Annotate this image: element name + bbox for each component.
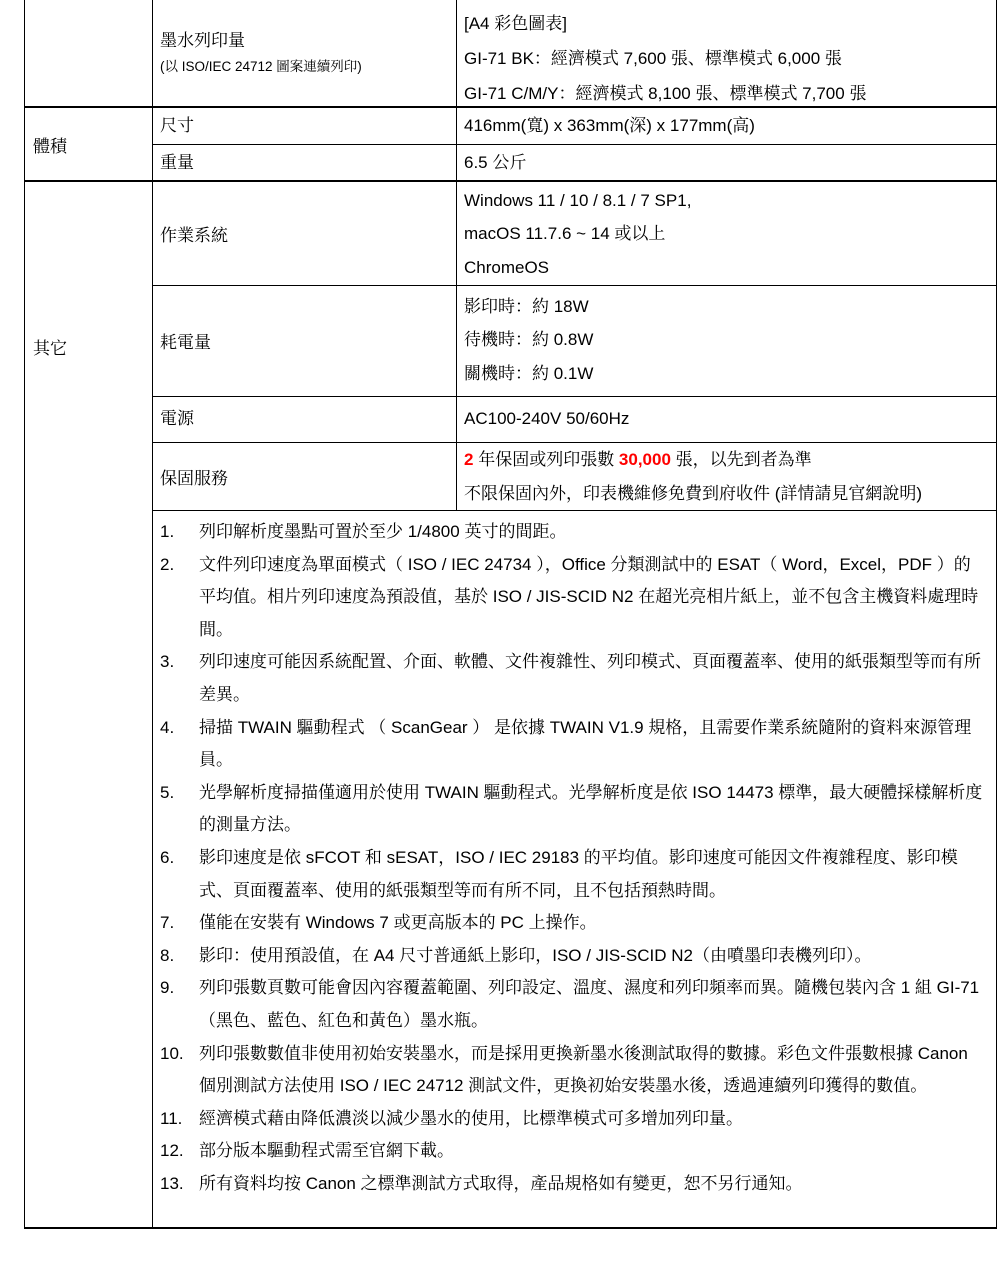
footnote-item: 1.列印解析度墨點可置於至少 1/4800 英寸的間距。 (153, 516, 996, 549)
row-label-warranty: 保固服務 (160, 442, 448, 510)
power-supply-value: AC100-240V 50/60Hz (464, 396, 992, 442)
weight-value: 6.5 公斤 (464, 145, 992, 180)
footnote-item: 2.文件列印速度為單面模式（ ISO / IEC 24734 ），Office … (153, 549, 996, 647)
footnote-number: 13. (153, 1168, 199, 1201)
ink-yield-label: 墨水列印量 (160, 27, 448, 55)
row-label-power-supply: 電源 (160, 396, 448, 442)
footnote-text: 列印速度可能因系統配置、介面、軟體、文件複雜性、列印模式、頁面覆蓋率、使用的紙張… (199, 646, 996, 711)
footnote-item: 8.影印：使用預設值，在 A4 尺寸普通紙上影印，ISO / JIS-SCID … (153, 940, 996, 973)
footnote-item: 3.列印速度可能因系統配置、介面、軟體、文件複雜性、列印模式、頁面覆蓋率、使用的… (153, 646, 996, 711)
footnote-item: 7.僅能在安裝有 Windows 7 或更高版本的 PC 上操作。 (153, 907, 996, 940)
footnote-item: 13.所有資料均按 Canon 之標準測試方式取得，產品規格如有變更，恕不另行通… (153, 1168, 996, 1201)
warranty-line-1-text-b: 張，以先到者為準 (671, 450, 812, 469)
footnote-number: 11. (153, 1103, 199, 1136)
footnotes-section: 1.列印解析度墨點可置於至少 1/4800 英寸的間距。 2.文件列印速度為單面… (153, 511, 996, 1230)
row-label-dimensions: 尺寸 (160, 107, 448, 144)
table-border-col3 (456, 0, 457, 511)
footnote-number: 8. (153, 940, 199, 973)
footnote-text: 列印解析度墨點可置於至少 1/4800 英寸的間距。 (199, 516, 996, 549)
footnote-item: 12.部分版本驅動程式需至官網下載。 (153, 1135, 996, 1168)
footnote-item: 6.影印速度是依 sFCOT 和 sESAT，ISO / IEC 29183 的… (153, 842, 996, 907)
footnote-text: 掃描 TWAIN 驅動程式 （ ScanGear ） 是依據 TWAIN V1.… (199, 712, 996, 777)
footnote-item: 10.列印張數數值非使用初始安裝墨水，而是採用更換新墨水後測試取得的數據。彩色文… (153, 1038, 996, 1103)
ink-yield-values: [A4 彩色圖表] GI-71 BK：經濟模式 7,600 張、標準模式 6,0… (464, 6, 992, 111)
power-line-standby: 待機時：約 0.8W (464, 323, 992, 356)
footnote-number: 5. (153, 777, 199, 842)
warranty-line-2: 不限保固內外，印表機維修免費到府收件 (詳情請見官網說明) (464, 477, 992, 511)
category-other: 其它 (25, 182, 159, 510)
row-label-os: 作業系統 (160, 182, 448, 285)
ink-yield-line-1: [A4 彩色圖表] (464, 6, 992, 41)
category-volume: 體積 (25, 108, 159, 180)
footnote-text: 列印張數頁數可能會因內容覆蓋範圍、列印設定、溫度、濕度和列印頻率而異。隨機包裝內… (199, 972, 996, 1037)
footnote-number: 6. (153, 842, 199, 907)
warranty-line-1-text-a: 年保固或列印張數 (473, 450, 618, 469)
os-line-2: macOS 11.7.6 ~ 14 或以上 (464, 217, 992, 250)
ink-yield-line-3: GI-71 C/M/Y：經濟模式 8,100 張、標準模式 7,700 張 (464, 76, 992, 111)
footnotes-list: 1.列印解析度墨點可置於至少 1/4800 英寸的間距。 2.文件列印速度為單面… (153, 516, 996, 1200)
footnote-item: 4.掃描 TWAIN 驅動程式 （ ScanGear ） 是依據 TWAIN V… (153, 712, 996, 777)
footnote-item: 11.經濟模式藉由降低濃淡以減少墨水的使用，比標準模式可多增加列印量。 (153, 1103, 996, 1136)
footnote-text: 影印速度是依 sFCOT 和 sESAT，ISO / IEC 29183 的平均… (199, 842, 996, 907)
power-line-copy: 影印時：約 18W (464, 290, 992, 323)
footnote-text: 影印：使用預設值，在 A4 尺寸普通紙上影印，ISO / JIS-SCID N2… (199, 940, 996, 973)
footnote-number: 9. (153, 972, 199, 1037)
footnote-text: 文件列印速度為單面模式（ ISO / IEC 24734 ），Office 分類… (199, 549, 996, 647)
ink-yield-line-2: GI-71 BK：經濟模式 7,600 張、標準模式 6,000 張 (464, 41, 992, 76)
footnote-number: 12. (153, 1135, 199, 1168)
footnote-number: 1. (153, 516, 199, 549)
dimensions-value: 416mm(寬) x 363mm(深) x 177mm(高) (464, 107, 992, 144)
footnote-item: 5.光學解析度掃描僅適用於使用 TWAIN 驅動程式。光學解析度是依 ISO 1… (153, 777, 996, 842)
footnote-number: 4. (153, 712, 199, 777)
os-values: Windows 11 / 10 / 8.1 / 7 SP1, macOS 11.… (464, 184, 992, 284)
power-consumption-values: 影印時：約 18W 待機時：約 0.8W 關機時：約 0.1W (464, 290, 992, 390)
row-label-power-consumption: 耗電量 (160, 285, 448, 396)
warranty-pages-highlight: 30,000 (619, 450, 671, 469)
footnote-text: 列印張數數值非使用初始安裝墨水，而是採用更換新墨水後測試取得的數據。彩色文件張數… (199, 1038, 996, 1103)
warranty-line-1: 2 年保固或列印張數 30,000 張，以先到者為準 (464, 443, 992, 477)
spec-sheet-page: 墨水列印量 (以 ISO/IEC 24712 圖案連續列印) [A4 彩色圖表]… (0, 0, 1000, 1264)
power-line-off: 關機時：約 0.1W (464, 357, 992, 390)
warranty-values: 2 年保固或列印張數 30,000 張，以先到者為準 不限保固內外，印表機維修免… (464, 443, 992, 511)
row-label-ink-yield: 墨水列印量 (以 ISO/IEC 24712 圖案連續列印) (160, 27, 448, 79)
footnote-number: 7. (153, 907, 199, 940)
footnote-item: 9.列印張數頁數可能會因內容覆蓋範圍、列印設定、溫度、濕度和列印頻率而異。隨機包… (153, 972, 996, 1037)
footnote-text: 僅能在安裝有 Windows 7 或更高版本的 PC 上操作。 (199, 907, 996, 940)
row-label-weight: 重量 (160, 145, 448, 180)
footnote-text: 經濟模式藉由降低濃淡以減少墨水的使用，比標準模式可多增加列印量。 (199, 1103, 996, 1136)
footnote-text: 所有資料均按 Canon 之標準測試方式取得，產品規格如有變更，恕不另行通知。 (199, 1168, 996, 1201)
footnote-number: 2. (153, 549, 199, 647)
ink-yield-sublabel: (以 ISO/IEC 24712 圖案連續列印) (160, 55, 448, 79)
footnote-text: 光學解析度掃描僅適用於使用 TWAIN 驅動程式。光學解析度是依 ISO 144… (199, 777, 996, 842)
footnote-text: 部分版本驅動程式需至官網下載。 (199, 1135, 996, 1168)
footnote-number: 3. (153, 646, 199, 711)
os-line-1: Windows 11 / 10 / 8.1 / 7 SP1, (464, 184, 992, 217)
table-border-right (996, 0, 997, 1229)
os-line-3: ChromeOS (464, 251, 992, 284)
footnote-number: 10. (153, 1038, 199, 1103)
